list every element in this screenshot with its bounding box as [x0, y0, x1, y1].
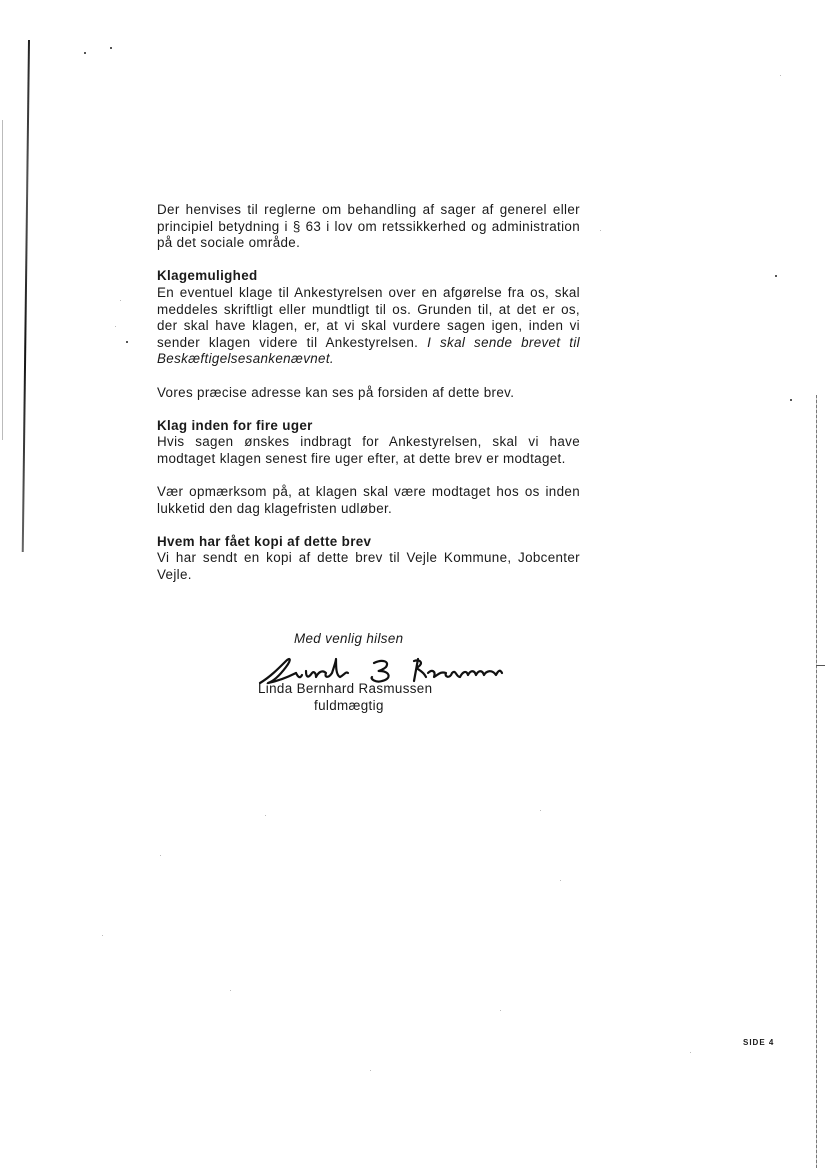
scan-speck — [160, 855, 161, 856]
section-kopi: Hvem har fået kopi af dette brev Vi har … — [157, 534, 580, 584]
section-text: Hvis sagen ønskes indbragt for Ankestyre… — [157, 434, 580, 467]
scan-speck — [84, 52, 86, 54]
section-text: Vi har sendt en kopi af dette brev til V… — [157, 550, 580, 583]
scan-speck — [230, 990, 231, 991]
scan-speck — [120, 300, 121, 301]
scan-speck — [540, 810, 541, 811]
section-text: En eventuel klage til Ankestyrelsen over… — [157, 285, 580, 368]
scan-speck — [775, 275, 777, 277]
scan-edge-left — [22, 40, 30, 552]
deadline-note-paragraph: Vær opmærksom på, at klagen skal være mo… — [157, 484, 580, 517]
scan-edge-right — [816, 395, 817, 1168]
signer-name: Linda Bernhard Rasmussen — [258, 681, 432, 696]
closing-greeting: Med venlig hilsen — [294, 631, 403, 646]
scan-speck — [560, 880, 561, 881]
section-klagemulighed: Klagemulighed En eventuel klage til Anke… — [157, 268, 580, 368]
section-klagefrist: Klag inden for fire uger Hvis sagen ønsk… — [157, 418, 580, 468]
scan-speck — [110, 47, 112, 49]
section-heading: Hvem har fået kopi af dette brev — [157, 534, 580, 551]
address-paragraph: Vores præcise adresse kan ses på forside… — [157, 385, 580, 402]
section-heading: Klag inden for fire uger — [157, 418, 580, 435]
scan-speck — [126, 341, 128, 343]
scan-speck — [102, 935, 103, 936]
scan-speck — [115, 326, 116, 327]
page-number: SIDE 4 — [743, 1038, 774, 1047]
scan-speck — [690, 1052, 691, 1053]
scanned-letter-page: Der henvises til reglerne om behandling … — [0, 0, 825, 1168]
scan-speck — [780, 75, 781, 76]
signer-title: fuldmægtig — [314, 698, 384, 713]
scan-speck — [370, 1070, 371, 1071]
scan-edge-mark — [816, 665, 825, 666]
scan-speck — [600, 230, 601, 231]
letter-body: Der henvises til reglerne om behandling … — [157, 202, 580, 600]
scan-speck — [500, 1010, 501, 1011]
intro-paragraph: Der henvises til reglerne om behandling … — [157, 202, 580, 252]
scan-edge-left-faint — [2, 120, 3, 440]
scan-speck — [265, 815, 266, 816]
scan-speck — [790, 399, 792, 401]
section-heading: Klagemulighed — [157, 268, 580, 285]
